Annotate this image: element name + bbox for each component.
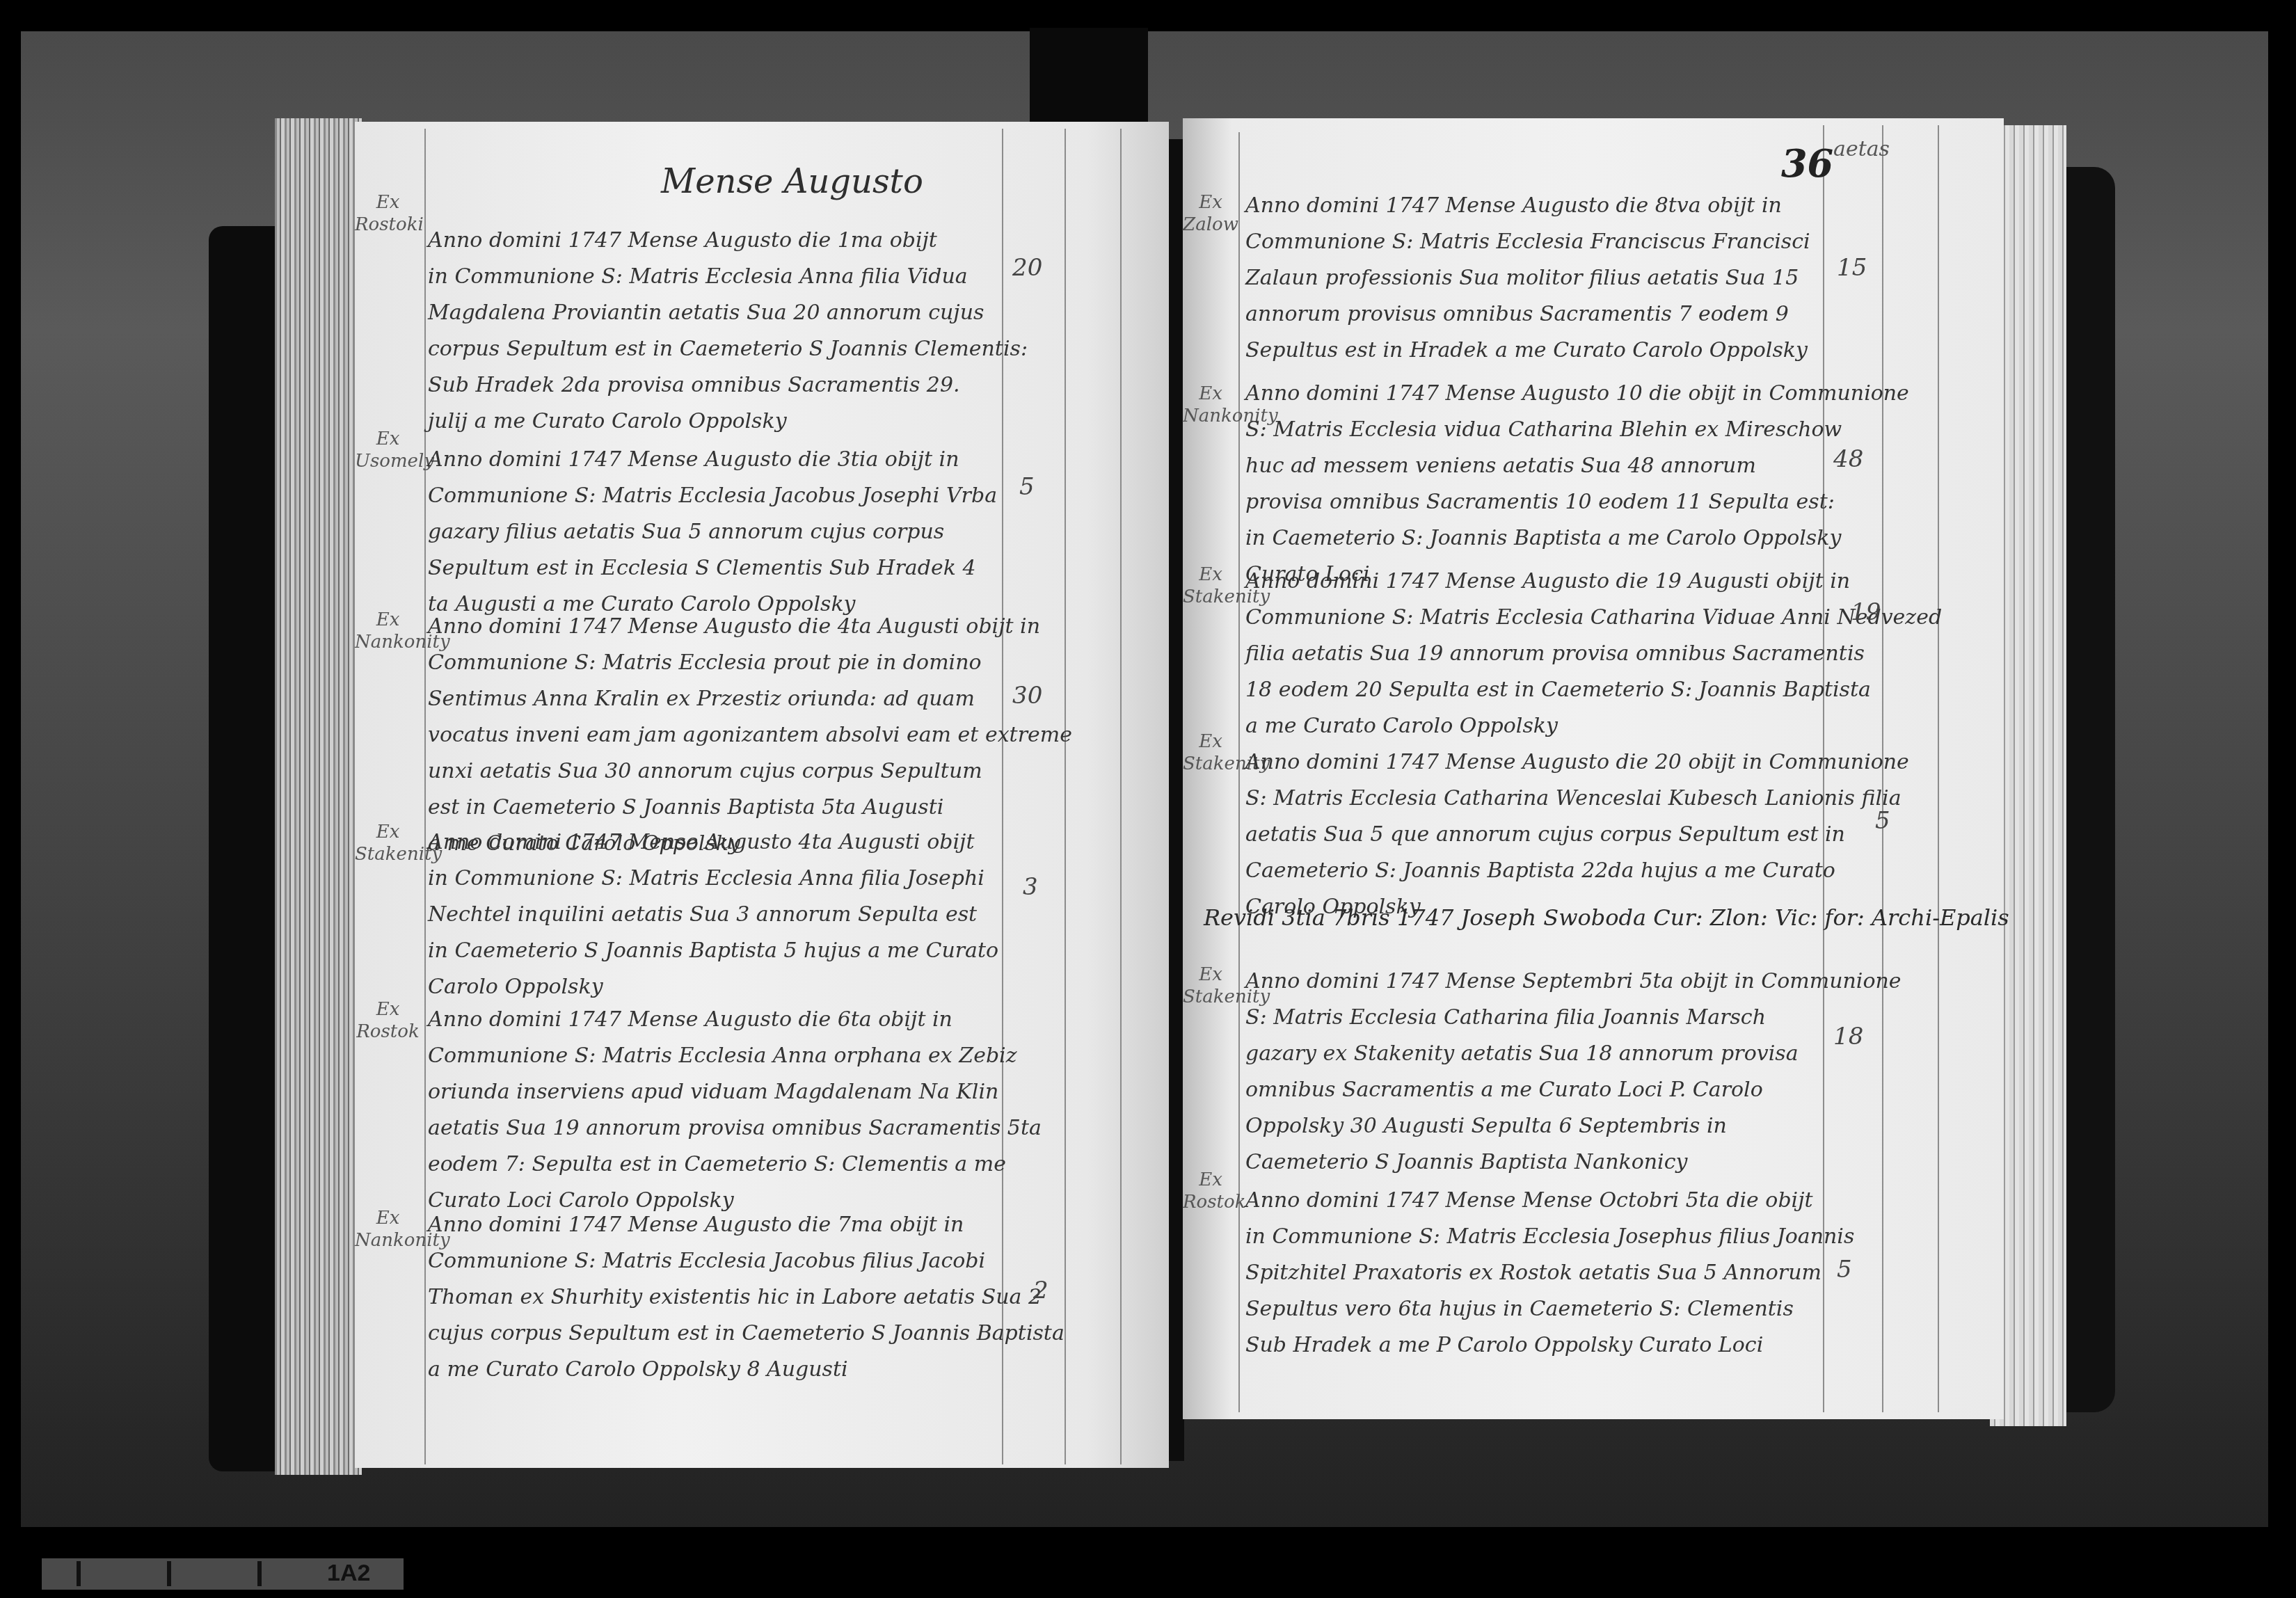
visitation-note: Revidi 3tia 7bris 1747 Joseph Swoboda Cu…	[1204, 904, 2009, 931]
entry-age: 15	[1837, 254, 1867, 282]
age-column-header: aetas	[1833, 139, 1890, 160]
column-rule	[1938, 125, 1939, 1412]
entry-age: 48	[1833, 445, 1863, 473]
page-number: 36	[1781, 145, 1833, 182]
column-rule	[1120, 129, 1122, 1464]
entry-place: ExZalow	[1183, 191, 1238, 236]
film-frame-label: 1A2	[327, 1560, 370, 1587]
entry-place: ExNankonity	[1183, 383, 1238, 427]
entry-age: 5	[1019, 473, 1035, 501]
entry-age: 18	[1833, 1023, 1863, 1050]
register-entry: Anno domini 1747 Mense Augusto die 1ma o…	[428, 223, 1028, 440]
register-entry: Anno domini 1747 Mense Augusto die 20 ob…	[1245, 744, 1909, 925]
page-edges-left	[275, 118, 362, 1475]
register-entry: Anno domini 1747 Mense Augusto die 8tva …	[1245, 188, 1810, 369]
entry-age: 2	[1033, 1277, 1049, 1304]
entry-place: ExRostok	[355, 998, 421, 1043]
entry-age: 5	[1837, 1256, 1852, 1284]
book-gutter	[1169, 139, 1184, 1461]
margin-rule	[424, 129, 426, 1464]
entry-place: ExUsomely	[355, 428, 421, 472]
register-entry: Anno domini 1747 Mense Augusto die 6ta o…	[428, 1002, 1042, 1219]
entry-place: ExStakenity	[1183, 564, 1238, 608]
entry-place: ExRostoki	[355, 191, 421, 236]
register-entry: Anno domini 1747 Mense Septembri 5ta obi…	[1245, 964, 1902, 1181]
register-entry: Anno domini 1747 Mense Augusto die 7ma o…	[428, 1207, 1065, 1388]
entry-age: 30	[1012, 682, 1042, 710]
entry-place: ExStakenity	[355, 821, 421, 865]
film-tick	[257, 1561, 262, 1586]
entry-age: 5	[1875, 807, 1890, 835]
register-entry: Anno domini 1747 Mense Augusto die 3tia …	[428, 442, 997, 623]
entry-age: 3	[1023, 873, 1038, 901]
entry-place: ExNankonity	[355, 609, 421, 653]
entry-place: ExNankonity	[355, 1207, 421, 1252]
film-tick	[167, 1561, 171, 1586]
left-page: Mense Augusto ExRostoki Anno domini 1747…	[355, 122, 1169, 1468]
entry-place: ExStakenity	[1183, 730, 1238, 775]
register-entry: Anno domini 1747 Mense Augusto die 19 Au…	[1245, 564, 1942, 744]
register-entry: Anno domini 1747 Mense Augusto 10 die ob…	[1245, 376, 1909, 593]
entry-age: 19	[1851, 598, 1881, 626]
entry-place: ExStakenity	[1183, 964, 1238, 1008]
register-entry: Anno domini 1747 Mense Mense Octobri 5ta…	[1245, 1183, 1854, 1364]
register-entry: Anno domini 1747 Mense Augusto 4ta Augus…	[428, 824, 998, 1005]
entry-age: 20	[1012, 254, 1042, 282]
film-tick	[77, 1561, 81, 1586]
entry-place: ExRostok	[1183, 1169, 1238, 1213]
right-page: 36 aetas ExZalow Anno domini 1747 Mense …	[1183, 118, 2004, 1419]
page-heading: Mense Augusto	[661, 165, 923, 198]
